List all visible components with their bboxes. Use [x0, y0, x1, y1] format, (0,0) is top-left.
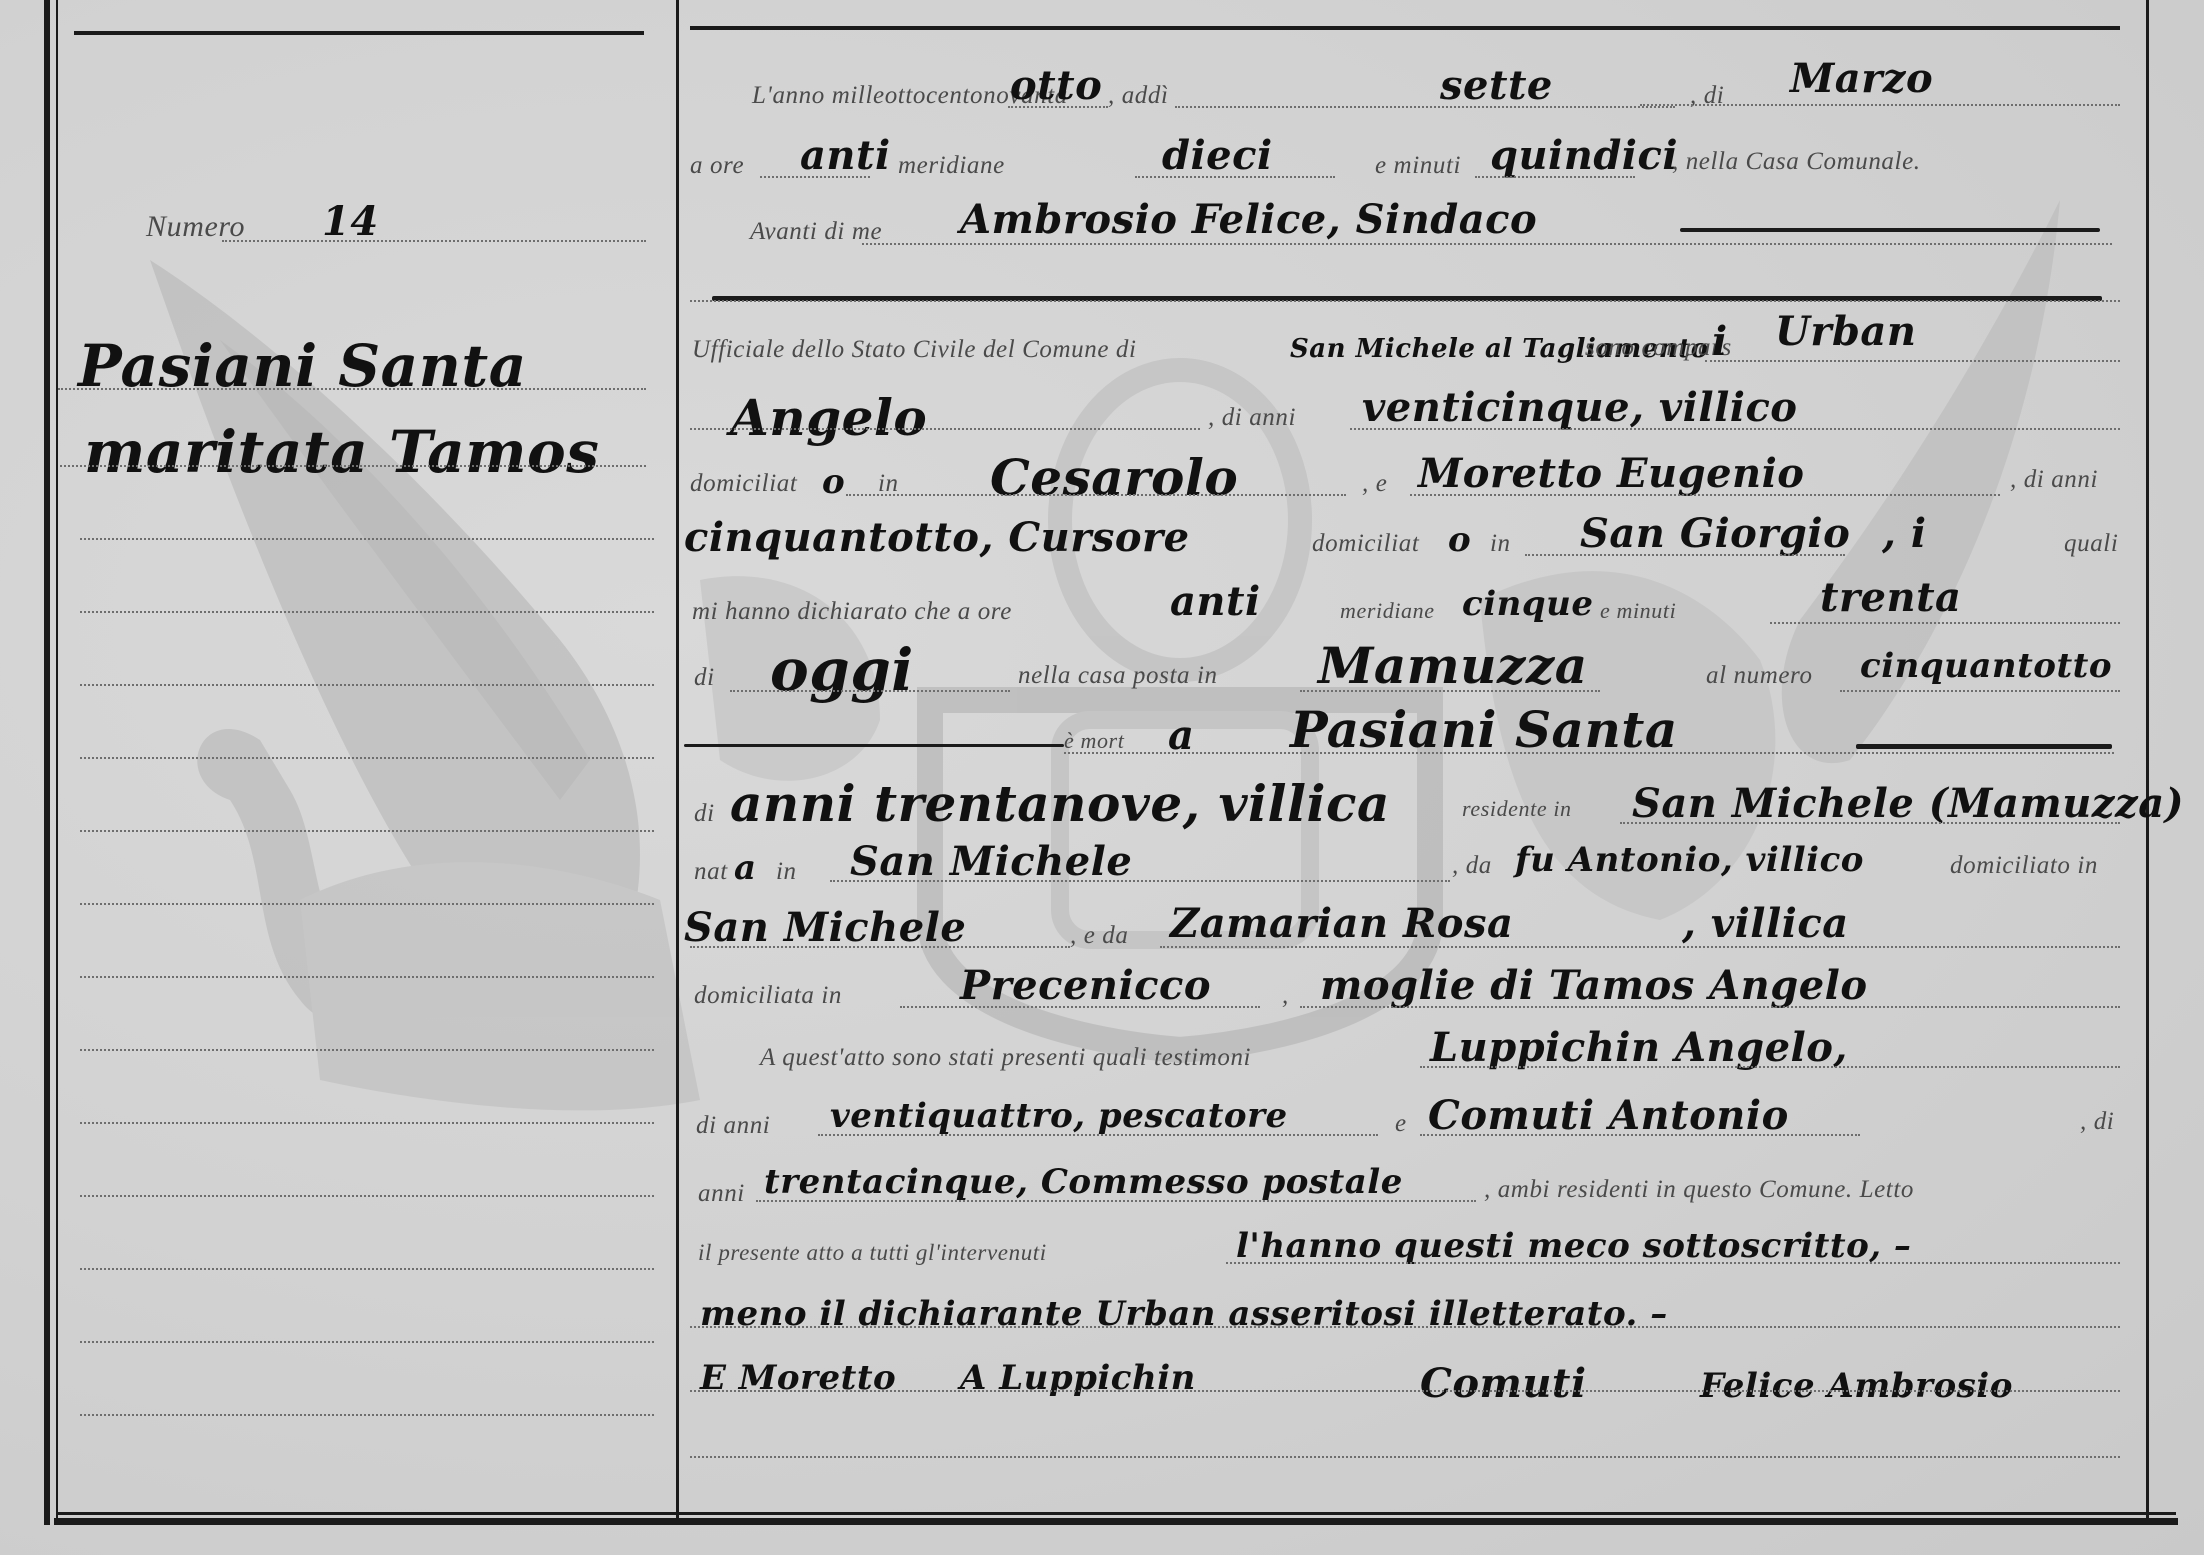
declarant1-name: Angelo: [730, 388, 927, 447]
left-outer-border: [44, 0, 50, 1525]
dotted-line: [1840, 690, 2120, 692]
printed-anni: anni: [698, 1180, 745, 1208]
plural-suffix: i: [1712, 318, 1728, 365]
dotted-line: [690, 1326, 2120, 1328]
death-minutes: trenta: [1820, 574, 1961, 621]
death-hour-ante: anti: [1170, 578, 1261, 625]
dotted-line: [1525, 554, 1845, 556]
signing-statement: l'hanno questi meco sottoscritto, –: [1236, 1226, 1911, 1266]
spouse: moglie di Tamos Angelo: [1320, 962, 1868, 1009]
dotted-line: [862, 243, 2112, 245]
margin-dotted-line: [80, 1122, 654, 1124]
printed-e-da: , e da: [1070, 922, 1128, 950]
margin-dotted-line: [80, 538, 654, 540]
margin-dotted-line: [80, 1195, 654, 1197]
suffix: o: [822, 462, 845, 502]
witness2-age-job: trentacinque, Commesso postale: [764, 1162, 1403, 1202]
signature-comuti: Comuti: [1420, 1360, 1587, 1407]
dotted-line: [1008, 106, 1108, 108]
mayor-name: Ambrosio Felice, Sindaco: [960, 196, 1537, 243]
printed-meridiane-2: meridiane: [1340, 598, 1435, 624]
dotted-line: [690, 1456, 2120, 1458]
dotted-line: [1410, 494, 2000, 496]
gender-suffix-2: a: [734, 848, 757, 888]
printed-e-mort: è mort: [1064, 728, 1124, 754]
printed-in-3: in: [776, 858, 797, 886]
margin-dotted-line: [80, 684, 654, 686]
dotted-line: [1160, 946, 2120, 948]
printed-in-2: in: [1490, 530, 1511, 558]
printed-nat: nat: [694, 858, 728, 886]
margin-dotted-line: [80, 757, 654, 759]
dotted-line: [818, 1134, 1378, 1136]
printed-di: di: [694, 664, 715, 692]
dotted-line: [846, 494, 1346, 496]
declarant1-surname: Urban: [1775, 308, 1916, 355]
left-top-rule: [74, 31, 644, 35]
dotted-line: [690, 300, 2120, 302]
printed-addi: , addì: [1108, 82, 1169, 110]
margin-dotted-line: [80, 830, 654, 832]
printed-casa-comunale: , nella Casa Comunale.: [1672, 148, 1921, 176]
printed-di-anni-3: di anni: [696, 1112, 770, 1140]
father-residence: San Michele: [684, 904, 966, 951]
mother-name: Zamarian Rosa: [1170, 900, 1513, 947]
dotted-line: [690, 946, 1070, 948]
illiterate-note: meno il dichiarante Urban asseritosi ill…: [700, 1294, 1668, 1334]
printed-a-ore: a ore: [690, 152, 744, 180]
printed-residente: residente in: [1462, 796, 1572, 822]
dotted-line: [1640, 104, 2120, 106]
margin-name-line2: maritata Tamos: [84, 418, 599, 486]
declarant1-residence: Cesarolo: [990, 448, 1238, 507]
dotted-line: [1420, 1134, 1860, 1136]
printed-e-3: e: [1395, 1110, 1407, 1138]
deceased-age-job: anni trentanove, villica: [730, 774, 1390, 833]
dotted-line: [1300, 690, 1600, 692]
birthplace: San Michele: [850, 838, 1132, 885]
printed-dichiarato: mi hanno dichiarato che a ore: [692, 598, 1012, 626]
dotted-line: [756, 1200, 1476, 1202]
printed-quali: quali: [2064, 530, 2118, 558]
hour: dieci: [1162, 132, 1273, 179]
death-day: oggi: [770, 636, 914, 704]
year-suffix: otto: [1010, 62, 1102, 109]
dotted-line: [690, 1390, 2120, 1392]
column-divider: [676, 0, 679, 1518]
dotted-line: [1175, 106, 1675, 108]
printed-comma: ,: [1282, 982, 1289, 1010]
printed-compars: sono compars: [1585, 334, 1732, 362]
fill-rule: [684, 744, 1064, 747]
witness1-name: Luppichin Angelo,: [1430, 1024, 1848, 1071]
death-place: Mamuzza: [1318, 636, 1588, 695]
printed-ambi-residenti: , ambi residenti in questo Comune. Letto: [1484, 1176, 1914, 1204]
dotted-line: [1705, 360, 2120, 362]
printed-avanti: Avanti di me: [750, 218, 882, 246]
printed-e-minuti-2: e minuti: [1600, 598, 1676, 624]
margin-dotted-line: [80, 1341, 654, 1343]
dotted-line: [1300, 1006, 2120, 1008]
death-hour: cinque: [1462, 584, 1593, 624]
printed-casa-posta: nella casa posta in: [1018, 662, 1218, 690]
day: sette: [1440, 62, 1553, 109]
right-border: [2146, 0, 2149, 1520]
printed-al-numero: al numero: [1706, 662, 1813, 690]
printed-domiciliato-in: domiciliato in: [1950, 852, 2098, 880]
margin-dotted-line: [58, 388, 646, 390]
printed-ufficiale: Ufficiale dello Stato Civile del Comune …: [692, 336, 1137, 364]
declarant2-residence: San Giorgio: [1580, 510, 1850, 557]
printed-domiciliat: domiciliat: [690, 470, 797, 498]
declarant2-age-job: cinquantotto, Cursore: [684, 514, 1190, 561]
dotted-line: [830, 880, 1450, 882]
bottom-border-thick: [54, 1518, 2178, 1525]
dotted-line: [1226, 1262, 2120, 1264]
printed-di-4: , di: [2080, 1108, 2114, 1136]
printed-domiciliata: domiciliata in: [694, 982, 842, 1010]
dotted-line: [1620, 822, 2120, 824]
margin-dotted-line: [80, 1049, 654, 1051]
right-top-rule: [690, 26, 2120, 30]
dotted-line: [900, 1006, 1260, 1008]
printed-testimoni: A quest'atto sono stati presenti quali t…: [760, 1044, 1251, 1072]
printed-e: , e: [1362, 470, 1387, 498]
mother-job: , villica: [1682, 900, 1849, 947]
witness1-age-job: ventiquattro, pescatore: [830, 1096, 1288, 1136]
minutes: quindici: [1490, 132, 1678, 179]
dotted-line: [760, 176, 870, 178]
dotted-line: [1064, 752, 2114, 754]
printed-meridiane: meridiane: [898, 152, 1005, 180]
printed-domiciliat-2: domiciliat: [1312, 530, 1419, 558]
margin-dotted-line: [80, 611, 654, 613]
fill-rule: [1856, 744, 2112, 749]
printed-da: , da: [1452, 852, 1492, 880]
deceased-name: Pasiani Santa: [1290, 700, 1678, 759]
record-number: 14: [322, 198, 379, 245]
declarant1-age-job: venticinque, villico: [1362, 384, 1798, 431]
house-number: cinquantotto: [1860, 646, 2112, 686]
mother-residence: Precenicco: [960, 962, 1211, 1009]
signature-luppichin: A Luppichin: [960, 1358, 1196, 1398]
numero-dotted-line: [222, 240, 646, 242]
left-inner-border: [56, 0, 58, 1525]
numero-label: Numero: [146, 210, 245, 244]
printed-di-anni: , di anni: [1208, 404, 1296, 432]
printed-i: , i: [1882, 510, 1927, 557]
signature-moretto: E Moretto: [700, 1358, 896, 1398]
dotted-line: [1350, 428, 2120, 430]
dotted-line: [1475, 176, 1635, 178]
hour-ante: anti: [800, 132, 891, 179]
printed-presente-atto: il presente atto a tutti gl'intervenuti: [698, 1240, 1047, 1266]
deceased-residence: San Michele (Mamuzza): [1632, 780, 2184, 827]
margin-dotted-line: [80, 903, 654, 905]
dotted-line: [690, 428, 1200, 430]
margin-dotted-line: [60, 465, 646, 467]
dotted-line: [730, 690, 1010, 692]
printed-e-minuti: e minuti: [1375, 152, 1461, 180]
margin-dotted-line: [80, 976, 654, 978]
suffix-2: o: [1448, 520, 1471, 560]
declarant2-name: Moretto Eugenio: [1418, 450, 1804, 497]
margin-dotted-line: [80, 1268, 654, 1270]
month: Marzo: [1790, 55, 1933, 102]
dotted-line: [1770, 622, 2120, 624]
witness2-name: Comuti Antonio: [1428, 1092, 1789, 1139]
fill-rule: [1680, 228, 2100, 232]
dotted-line: [1420, 1066, 2120, 1068]
bottom-border-thin: [56, 1512, 2176, 1515]
printed-di-anni-2: , di anni: [2010, 466, 2098, 494]
father-name: fu Antonio, villico: [1515, 840, 1864, 880]
signature-ambrosio: Felice Ambrosio: [1700, 1366, 2013, 1406]
margin-dotted-line: [80, 1414, 654, 1416]
printed-di-3: di: [694, 800, 715, 828]
dotted-line: [1135, 176, 1335, 178]
